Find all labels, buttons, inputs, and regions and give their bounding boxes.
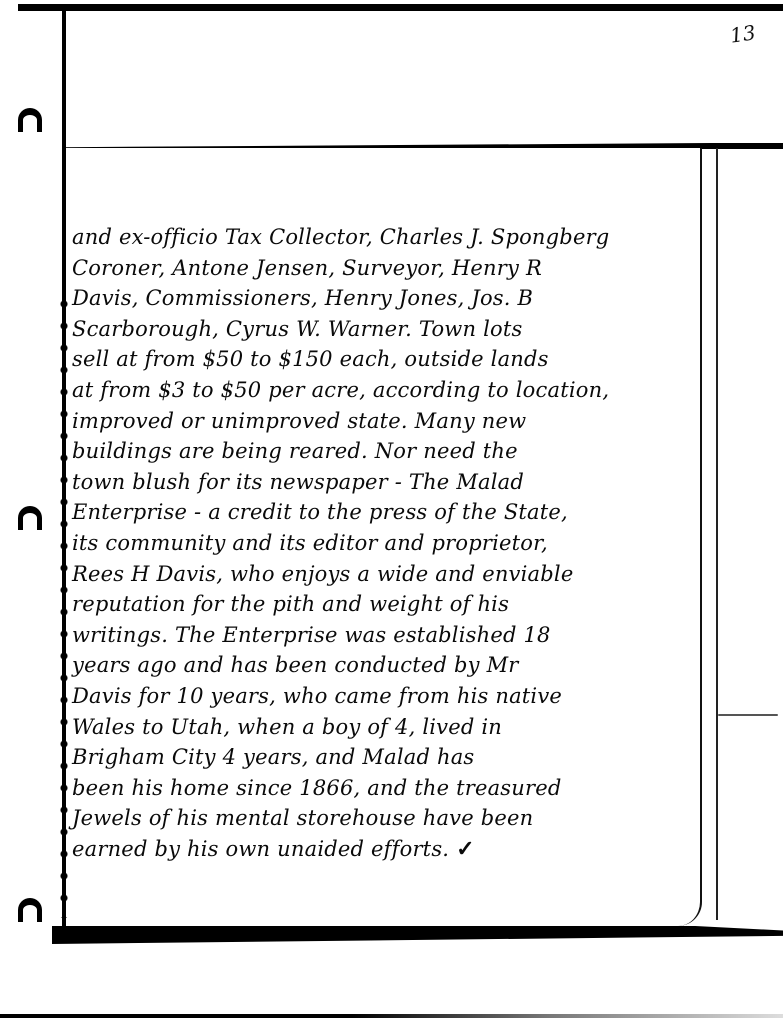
top-rule [18, 4, 783, 11]
text-line: and ex-officio Tax Collector, Charles J.… [72, 222, 712, 253]
page-number: 13 [728, 20, 757, 47]
text-line: Coroner, Antone Jensen, Surveyor, Henry … [72, 253, 712, 284]
text-line: Jewels of his mental storehouse have bee… [72, 803, 712, 834]
text-line: town blush for its newspaper - The Malad [72, 467, 712, 498]
text-line: Davis, Commissioners, Henry Jones, Jos. … [72, 283, 712, 314]
text-line: Enterprise - a credit to the press of th… [72, 497, 712, 528]
check-mark-icon: ✓ [456, 836, 475, 862]
text-line: Davis for 10 years, who came from his na… [72, 681, 712, 712]
binder-hole-top [18, 108, 42, 132]
right-page-edge [716, 148, 718, 920]
text-line: at from $3 to $50 per acre, according to… [72, 375, 712, 406]
right-page-mark [718, 714, 778, 716]
text-line: earned by his own unaided efforts. [72, 837, 449, 861]
handwritten-text: and ex-officio Tax Collector, Charles J.… [72, 222, 712, 864]
text-line: improved or unimproved state. Many new [72, 406, 712, 437]
binder-hole-bottom [18, 898, 42, 922]
text-line-last: earned by his own unaided efforts. ✓ [72, 834, 712, 865]
text-line: writings. The Enterprise was established… [72, 620, 712, 651]
text-line: its community and its editor and proprie… [72, 528, 712, 559]
bottom-rule [0, 1014, 783, 1018]
binder-hole-middle [18, 506, 42, 530]
left-binding-line [62, 8, 66, 148]
text-line: buildings are being reared. Nor need the [72, 436, 712, 467]
notebook-bottom-edge [52, 926, 783, 944]
text-line: reputation for the pith and weight of hi… [72, 589, 712, 620]
text-line: been his home since 1866, and the treasu… [72, 773, 712, 804]
text-line: sell at from $50 to $150 each, outside l… [72, 344, 712, 375]
text-line: Brigham City 4 years, and Malad has [72, 742, 712, 773]
text-line: Rees H Davis, who enjoys a wide and envi… [72, 559, 712, 590]
text-line: Scarborough, Cyrus W. Warner. Town lots [72, 314, 712, 345]
spiral-binding [60, 298, 68, 918]
text-line: Wales to Utah, when a boy of 4, lived in [72, 712, 712, 743]
text-line: years ago and has been conducted by Mr [72, 650, 712, 681]
